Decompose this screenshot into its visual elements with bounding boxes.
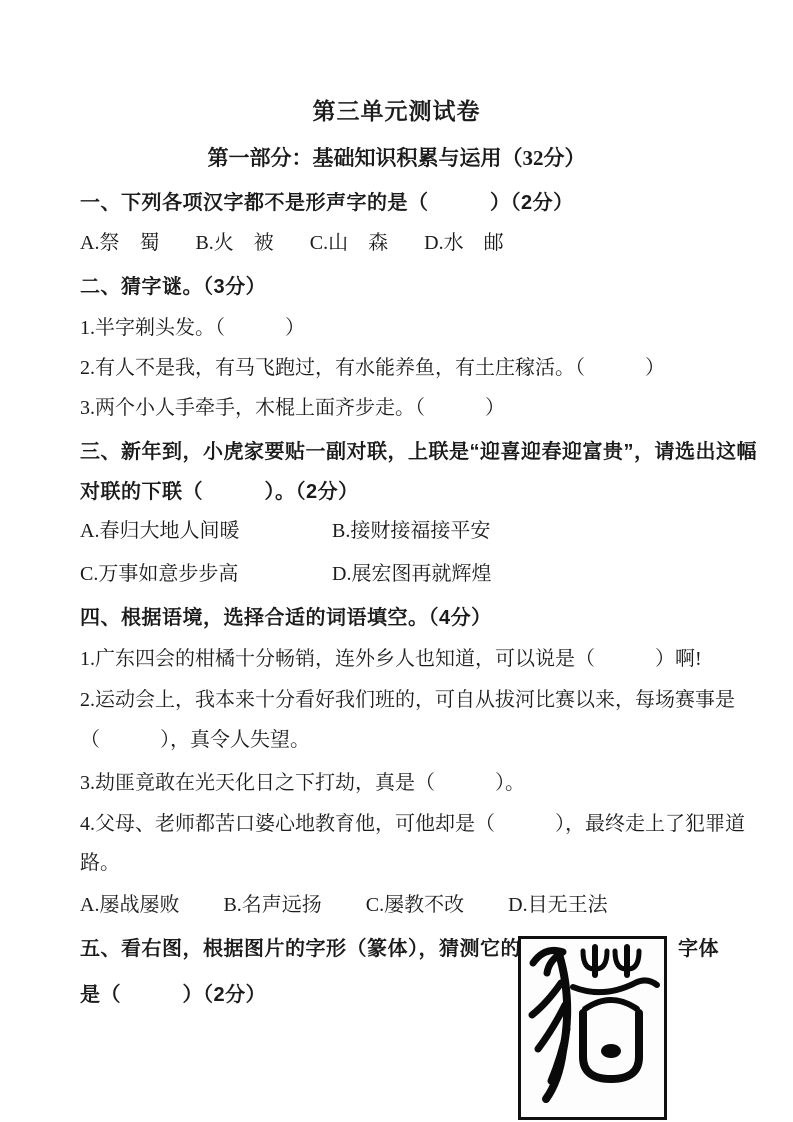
q4-item-3: 3.劫匪竟敢在光天化日之下打劫，真是（ ）。 <box>80 771 525 795</box>
q4-option-b: B.名声远扬 <box>223 893 321 917</box>
paper-title: 第三单元测试卷 <box>0 100 793 124</box>
q2-prompt: 二、猜字谜。（3分） <box>80 275 266 299</box>
q4-item-4-line1: 4.父母、老师都苦口婆心地教育他，可他却是（ ），最终走上了犯罪道 <box>80 812 745 836</box>
q5-prompt-after-image: 字体 <box>678 937 719 961</box>
q4-options: A.屡战屡败 B.名声远扬 C.屡教不改 D.目无王法 <box>80 893 608 917</box>
q1-option-c: C.山 森 <box>310 231 388 255</box>
q4-prompt: 四、根据语境，选择合适的词语填空。（4分） <box>80 606 492 630</box>
q2-item-3: 3.两个小人手牵手，木棍上面齐步走。（ ） <box>80 396 505 420</box>
q3-prompt-line2: 对联的下联（ ）。（2分） <box>80 480 359 504</box>
q4-option-d: D.目无王法 <box>508 893 607 917</box>
test-paper-page: 第三单元测试卷 第一部分：基础知识积累与运用（32分） 一、下列各项汉字都不是形… <box>0 0 793 1122</box>
q4-option-a: A.屡战屡败 <box>80 893 179 917</box>
q3-option-a: A.春归大地人间暖 <box>80 519 239 543</box>
q3-option-d: D.展宏图再就辉煌 <box>332 562 491 586</box>
q1-option-d: D.水 邮 <box>424 231 503 255</box>
q2-item-1: 1.半字剃头发。（ ） <box>80 316 305 340</box>
q1-prompt: 一、下列各项汉字都不是形声字的是（ ）（2分） <box>80 191 574 215</box>
q4-option-c: C.屡教不改 <box>366 893 464 917</box>
seal-script-character-icon <box>521 939 664 1117</box>
q4-item-1: 1.广东四会的柑橘十分畅销，连外乡人也知道，可以说是（ ）啊! <box>80 647 702 671</box>
section-header: 第一部分：基础知识积累与运用（32分） <box>0 146 793 170</box>
q5-prompt-line1: 五、看右图，根据图片的字形（篆体），猜测它的楷书 <box>80 937 562 961</box>
seal-script-image-frame <box>518 936 667 1120</box>
q3-option-c: C.万事如意步步高 <box>80 562 238 586</box>
q4-item-2-line1: 2.运动会上，我本来十分看好我们班的，可自从拔河比赛以来，每场赛事是 <box>80 688 735 712</box>
q1-option-b: B.火 被 <box>195 231 273 255</box>
q5-prompt-line2: 是（ ）（2分） <box>80 983 266 1007</box>
q1-options: A.祭 蜀 B.火 被 C.山 森 D.水 邮 <box>80 231 504 255</box>
q1-option-a: A.祭 蜀 <box>80 231 159 255</box>
q3-prompt-line1: 三、新年到，小虎家要贴一副对联，上联是“迎喜迎春迎富贵”，请选出这幅 <box>80 440 757 464</box>
q3-option-b: B.接财接福接平安 <box>332 519 490 543</box>
q2-item-2: 2.有人不是我，有马飞跑过，有水能养鱼，有土庄稼活。（ ） <box>80 356 665 380</box>
q4-item-4-line2: 路。 <box>80 851 120 875</box>
q4-item-2-line2: （ ），真令人失望。 <box>80 728 310 752</box>
